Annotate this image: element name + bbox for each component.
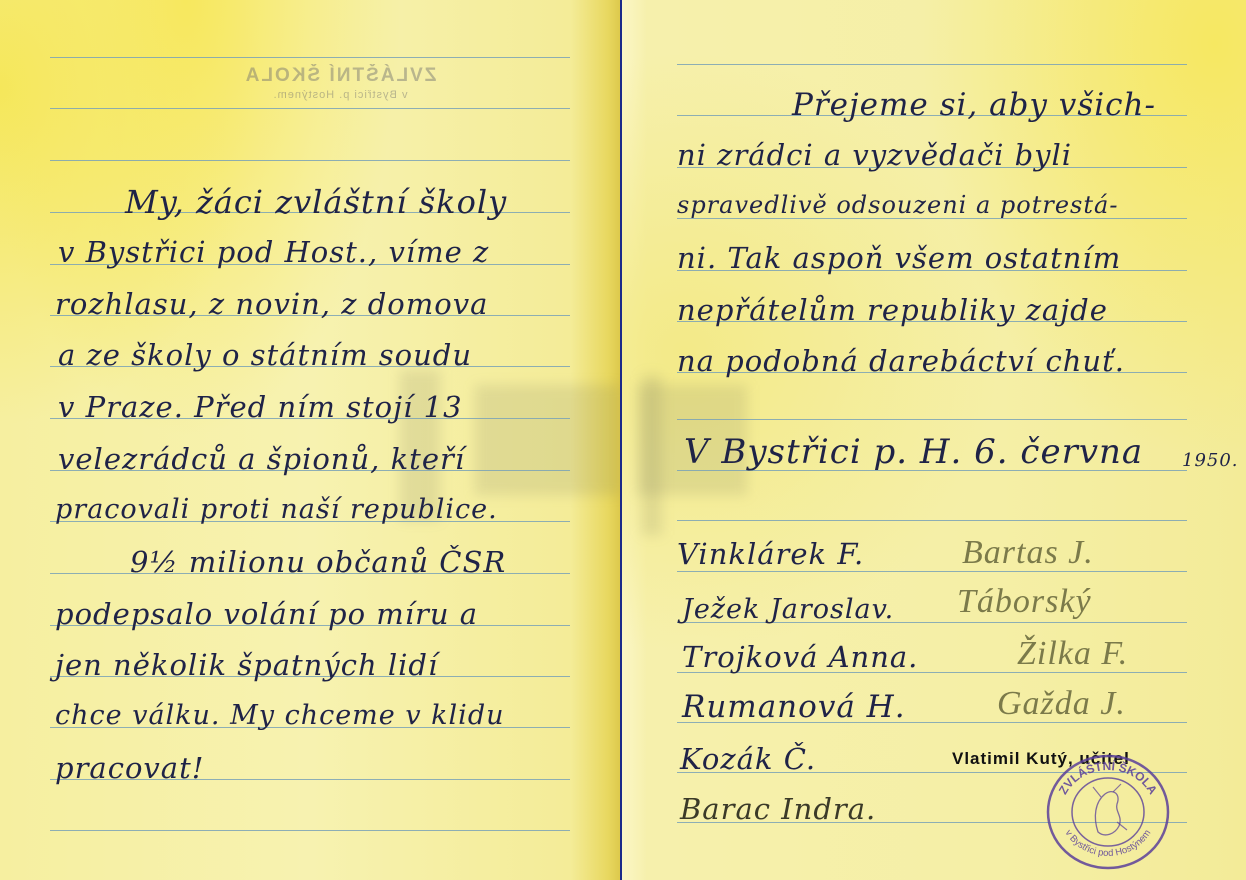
letter-line: 9½ milionu občanů ČSR: [130, 548, 506, 577]
mirrored-stamp-imprint: ZVLÁŠTNÍ ŠKOLA v Bystřici p. Hostýnem.: [225, 65, 455, 101]
letter-line: Přejeme si, aby všich-: [792, 90, 1156, 121]
ruled-line: [50, 108, 570, 109]
ruled-line: [50, 830, 570, 831]
letter-line: v Bystřici pod Host., víme z: [58, 238, 489, 267]
place-and-date: V Bystřici p. H. 6. června: [684, 435, 1143, 469]
letter-line: rozhlasu, z novin, z domova: [55, 290, 488, 319]
letter-line: nepřátelům republiky zajde: [677, 296, 1108, 325]
letter-line: pracovat!: [55, 754, 204, 783]
notebook-spread: ZVLÁŠTNÍ ŠKOLA v Bystřici p. Hostýnem. M…: [0, 0, 1246, 880]
student-signature: Trojková Anna.: [682, 643, 918, 672]
letter-line: chce válku. My chceme v klidu: [55, 702, 505, 729]
bleed-through-shadow: [642, 375, 662, 535]
letter-line: pracovali proti naší republice.: [55, 496, 498, 523]
ruled-line: [677, 419, 1187, 420]
student-signature-pencil: Žilka F.: [1017, 637, 1128, 671]
letter-line: v Praze. Před ním stojí 13: [58, 393, 463, 422]
letter-line: My, žáci zvláštní školy: [125, 186, 507, 218]
student-signature: Rumanová H.: [682, 692, 906, 723]
student-signature: Barac Indra.: [680, 795, 876, 824]
school-stamp: ZVLÁŠTNÍ ŠKOLA v Bystřici pod Hostýnem: [1043, 752, 1173, 872]
student-signature: Kozák Č.: [680, 745, 816, 774]
left-page: ZVLÁŠTNÍ ŠKOLA v Bystřici p. Hostýnem. M…: [0, 0, 620, 880]
student-signature-pencil: Bartas J.: [962, 536, 1094, 570]
student-signature: Vinklárek F.: [677, 540, 864, 569]
stamp-seal-icon: ZVLÁŠTNÍ ŠKOLA v Bystřici pod Hostýnem: [1043, 752, 1173, 872]
year: 1950.: [1182, 452, 1239, 470]
bleed-through-shadow: [475, 385, 620, 495]
ruled-line: [50, 160, 570, 161]
ruled-line: [677, 520, 1187, 521]
ruled-line: [50, 57, 570, 58]
letter-line: ni zrádci a vyzvědači byli: [677, 141, 1072, 170]
letter-line: ni. Tak aspoň všem ostatním: [677, 244, 1121, 273]
svg-text:v Bystřici pod Hostýnem: v Bystřici pod Hostýnem: [1063, 828, 1154, 859]
letter-line: velezrádců a špionů, kteří: [58, 445, 465, 474]
letter-line: na podobná darebáctví chuť.: [677, 347, 1125, 376]
letter-line: jen několik špatných lidí: [55, 651, 438, 680]
letter-line: podepsalo volání po míru a: [55, 600, 478, 629]
letter-line: spravedlivě odsouzeni a potrestá-: [677, 193, 1118, 217]
letter-line: a ze školy o státním soudu: [58, 341, 472, 370]
student-signature: Ježek Jaroslav.: [682, 596, 894, 623]
student-signature-pencil: Táborský: [957, 585, 1092, 619]
student-signature-pencil: Gažda J.: [997, 687, 1126, 721]
ruled-line: [677, 571, 1187, 572]
right-page: Přejeme si, aby všich- ni zrádci a vyzvě…: [622, 0, 1246, 880]
ruled-line: [677, 64, 1187, 65]
